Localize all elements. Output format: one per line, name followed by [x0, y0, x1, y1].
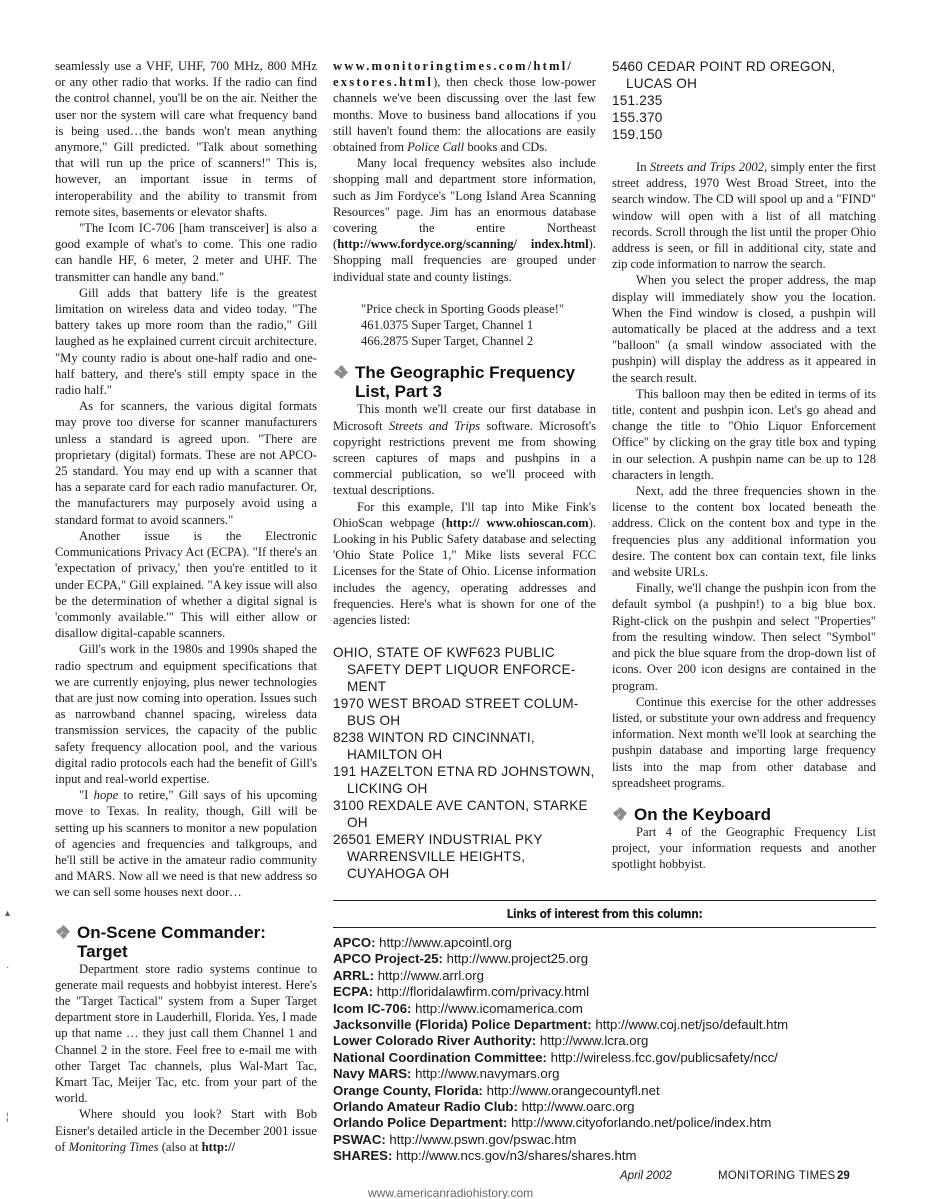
frequency-value: 151.235: [612, 92, 876, 109]
quote-line: "Price check in Sporting Goods please!": [361, 301, 596, 317]
heading-text: The Geographic Frequency List, Part 3: [355, 363, 575, 401]
section-heading-keyboard: On the Keyboard: [612, 805, 876, 824]
paragraph: "I hope to retire," Gill says of his upc…: [55, 787, 317, 900]
emphasis: Streets and Trips 2002: [650, 160, 764, 174]
text: books and CDs.: [464, 140, 547, 154]
emphasis: Monitoring Times: [69, 1140, 159, 1154]
scan-speck: ¦: [6, 1112, 9, 1123]
links-title: Links of interest from this column:: [374, 901, 836, 927]
heading-text: On the Keyboard: [634, 805, 771, 824]
license-line: 8238 WINTON RD CINCINNATI, HAMILTON OH: [333, 729, 596, 763]
paragraph: Many local frequency websites also inclu…: [333, 155, 596, 285]
link-label: SHARES:: [333, 1148, 392, 1163]
link-item: APCO Project-25: http://www.project25.or…: [333, 951, 876, 967]
text: , simply enter the first street address,…: [612, 160, 876, 271]
license-listing: OHIO, STATE OF KWF623 PUBLIC SAFETY DEPT…: [333, 644, 596, 882]
paragraph: Part 4 of the Geographic Frequency List …: [612, 824, 876, 873]
url-link[interactable]: http://www.fordyce.org/scanning/ index.h…: [337, 237, 588, 251]
scan-speck: ·: [6, 962, 9, 973]
license-line: 191 HAZELTON ETNA RD JOHNSTOWN, LICKING …: [333, 763, 596, 797]
paragraph: "The Icom IC-706 [ham transceiver] is al…: [55, 220, 317, 285]
license-line: OHIO, STATE OF KWF623 PUBLIC SAFETY DEPT…: [333, 644, 596, 695]
link-label: APCO Project-25:: [333, 951, 443, 966]
heading-text: On-Scene Commander: Target: [77, 923, 266, 961]
frequency-line: 466.2875 Super Target, Channel 2: [361, 333, 596, 349]
text: "I: [79, 788, 94, 802]
link-item: SHARES: http://www.ncs.gov/n3/shares/sha…: [333, 1148, 876, 1164]
link-url[interactable]: http://www.orangecountyfl.net: [487, 1083, 660, 1098]
emphasis: Police Call: [407, 140, 464, 154]
link-item: Lower Colorado River Authority: http://w…: [333, 1033, 876, 1049]
scan-speck: ▴: [5, 908, 10, 919]
link-url[interactable]: http://www.coj.net/jso/default.htm: [595, 1017, 788, 1032]
paragraph: This month we'll create our first databa…: [333, 401, 596, 498]
paragraph: www.monitoringtimes.com/html/ exstores.h…: [333, 58, 596, 155]
publication-name: MONITORING TIMES: [718, 1170, 835, 1182]
diamond-bullet-icon: [335, 366, 347, 378]
url-link[interactable]: http://: [202, 1140, 236, 1154]
link-label: Icom IC-706:: [333, 1001, 411, 1016]
paragraph: Continue this exercise for the other add…: [612, 694, 876, 791]
diamond-bullet-icon: [614, 808, 626, 820]
license-line: 1970 WEST BROAD STREET COLUM-BUS OH: [333, 695, 596, 729]
frequency-line: 461.0375 Super Target, Channel 1: [361, 317, 596, 333]
link-label: Lower Colorado River Authority:: [333, 1033, 536, 1048]
article-column-3: 5460 CEDAR POINT RD OREGON, LUCAS OH 151…: [612, 58, 876, 873]
link-label: National Coordination Committee:: [333, 1050, 547, 1065]
license-line: 26501 EMERY INDUSTRIAL PKY WARRENSVILLE …: [333, 831, 596, 882]
link-url[interactable]: http://floridalawfirm.com/privacy.html: [377, 984, 589, 999]
link-item: Orange County, Florida: http://www.orang…: [333, 1083, 876, 1099]
link-label: ARRL:: [333, 968, 374, 983]
link-label: Orlando Amateur Radio Club:: [333, 1099, 518, 1114]
section-heading-geographic: The Geographic Frequency List, Part 3: [333, 363, 596, 401]
paragraph: This balloon may then be edited in terms…: [612, 386, 876, 483]
link-label: Orlando Police Department:: [333, 1115, 507, 1130]
paragraph: Another issue is the Electronic Communic…: [55, 528, 317, 641]
emphasis: hope: [94, 788, 118, 802]
link-item: ECPA: http://floridalawfirm.com/privacy.…: [333, 984, 876, 1000]
link-item: APCO: http://www.apcointl.org: [333, 935, 876, 951]
issue-date: April 2002: [620, 1170, 672, 1182]
link-url[interactable]: http://www.project25.org: [447, 951, 588, 966]
article-column-2: www.monitoringtimes.com/html/ exstores.h…: [333, 58, 596, 882]
url-link[interactable]: http:// www.ohioscan.com: [446, 516, 589, 530]
paragraph: Gill's work in the 1980s and 1990s shape…: [55, 641, 317, 787]
article-column-1: seamlessly use a VHF, UHF, 700 MHz, 800 …: [55, 58, 317, 1155]
link-item: Jacksonville (Florida) Police Department…: [333, 1017, 876, 1033]
link-url[interactable]: http://www.icomamerica.com: [415, 1001, 583, 1016]
text: In: [636, 160, 650, 174]
link-label: Navy MARS:: [333, 1066, 411, 1081]
paragraph: seamlessly use a VHF, UHF, 700 MHz, 800 …: [55, 58, 317, 220]
license-line: 3100 REXDALE AVE CANTON, STARKE OH: [333, 797, 596, 831]
link-item: Icom IC-706: http://www.icomamerica.com: [333, 1001, 876, 1017]
link-url[interactable]: http://www.lcra.org: [540, 1033, 648, 1048]
paragraph: Next, add the three frequencies shown in…: [612, 483, 876, 580]
link-item: National Coordination Committee: http://…: [333, 1050, 876, 1066]
license-listing-continued: 5460 CEDAR POINT RD OREGON, LUCAS OH 151…: [612, 58, 876, 143]
link-label: Jacksonville (Florida) Police Department…: [333, 1017, 592, 1032]
frequency-value: 159.150: [612, 126, 876, 143]
license-line: 5460 CEDAR POINT RD OREGON, LUCAS OH: [612, 58, 876, 92]
divider: [333, 927, 876, 928]
link-item: Navy MARS: http://www.navymars.org: [333, 1066, 876, 1082]
text: to retire," Gill says of his upcoming mo…: [55, 788, 317, 899]
link-item: Orlando Amateur Radio Club: http://www.o…: [333, 1099, 876, 1115]
frequency-value: 155.370: [612, 109, 876, 126]
link-url[interactable]: http://wireless.fcc.gov/publicsafety/ncc…: [551, 1050, 778, 1065]
section-heading-target: On-Scene Commander: Target: [55, 923, 317, 961]
paragraph: Department store radio systems continue …: [55, 961, 317, 1107]
diamond-bullet-icon: [57, 926, 69, 938]
link-label: ECPA:: [333, 984, 373, 999]
link-url[interactable]: http://www.apcointl.org: [379, 935, 512, 950]
text: (also at: [159, 1140, 202, 1154]
paragraph: As for scanners, the various digital for…: [55, 398, 317, 528]
source-watermark: www.americanradiohistory.com: [368, 1186, 533, 1199]
links-list: APCO: http://www.apcointl.org APCO Proje…: [333, 935, 876, 1165]
link-label: Orange County, Florida:: [333, 1083, 483, 1098]
text: ). Looking in his Public Safety database…: [333, 516, 596, 627]
link-label: APCO:: [333, 935, 376, 950]
paragraph: In Streets and Trips 2002, simply enter …: [612, 159, 876, 272]
link-item: PSWAC: http://www.pswn.gov/pswac.htm: [333, 1132, 876, 1148]
paragraph: Gill adds that battery life is the great…: [55, 285, 317, 398]
link-url[interactable]: http://www.cityoforlando.net/police/inde…: [511, 1115, 771, 1130]
link-label: PSWAC:: [333, 1132, 386, 1147]
page-number: 29: [837, 1170, 850, 1182]
link-url[interactable]: http://www.arrl.org: [378, 968, 484, 983]
link-url[interactable]: http://www.pswn.gov/pswac.htm: [389, 1132, 576, 1147]
paragraph: When you select the proper address, the …: [612, 272, 876, 385]
link-url[interactable]: http://www.ncs.gov/n3/shares/shares.htm: [396, 1148, 636, 1163]
link-item: Orlando Police Department: http://www.ci…: [333, 1115, 876, 1131]
paragraph: Where should you look? Start with Bob Ei…: [55, 1106, 317, 1155]
links-of-interest-box: Links of interest from this column: APCO…: [333, 900, 876, 1165]
emphasis: Streets and Trips: [389, 419, 480, 433]
frequency-quote: "Price check in Sporting Goods please!" …: [333, 301, 596, 350]
paragraph: Finally, we'll change the pushpin icon f…: [612, 580, 876, 693]
link-item: ARRL: http://www.arrl.org: [333, 968, 876, 984]
paragraph: For this example, I'll tap into Mike Fin…: [333, 499, 596, 629]
link-url[interactable]: http://www.oarc.org: [522, 1099, 635, 1114]
link-url[interactable]: http://www.navymars.org: [415, 1066, 559, 1081]
